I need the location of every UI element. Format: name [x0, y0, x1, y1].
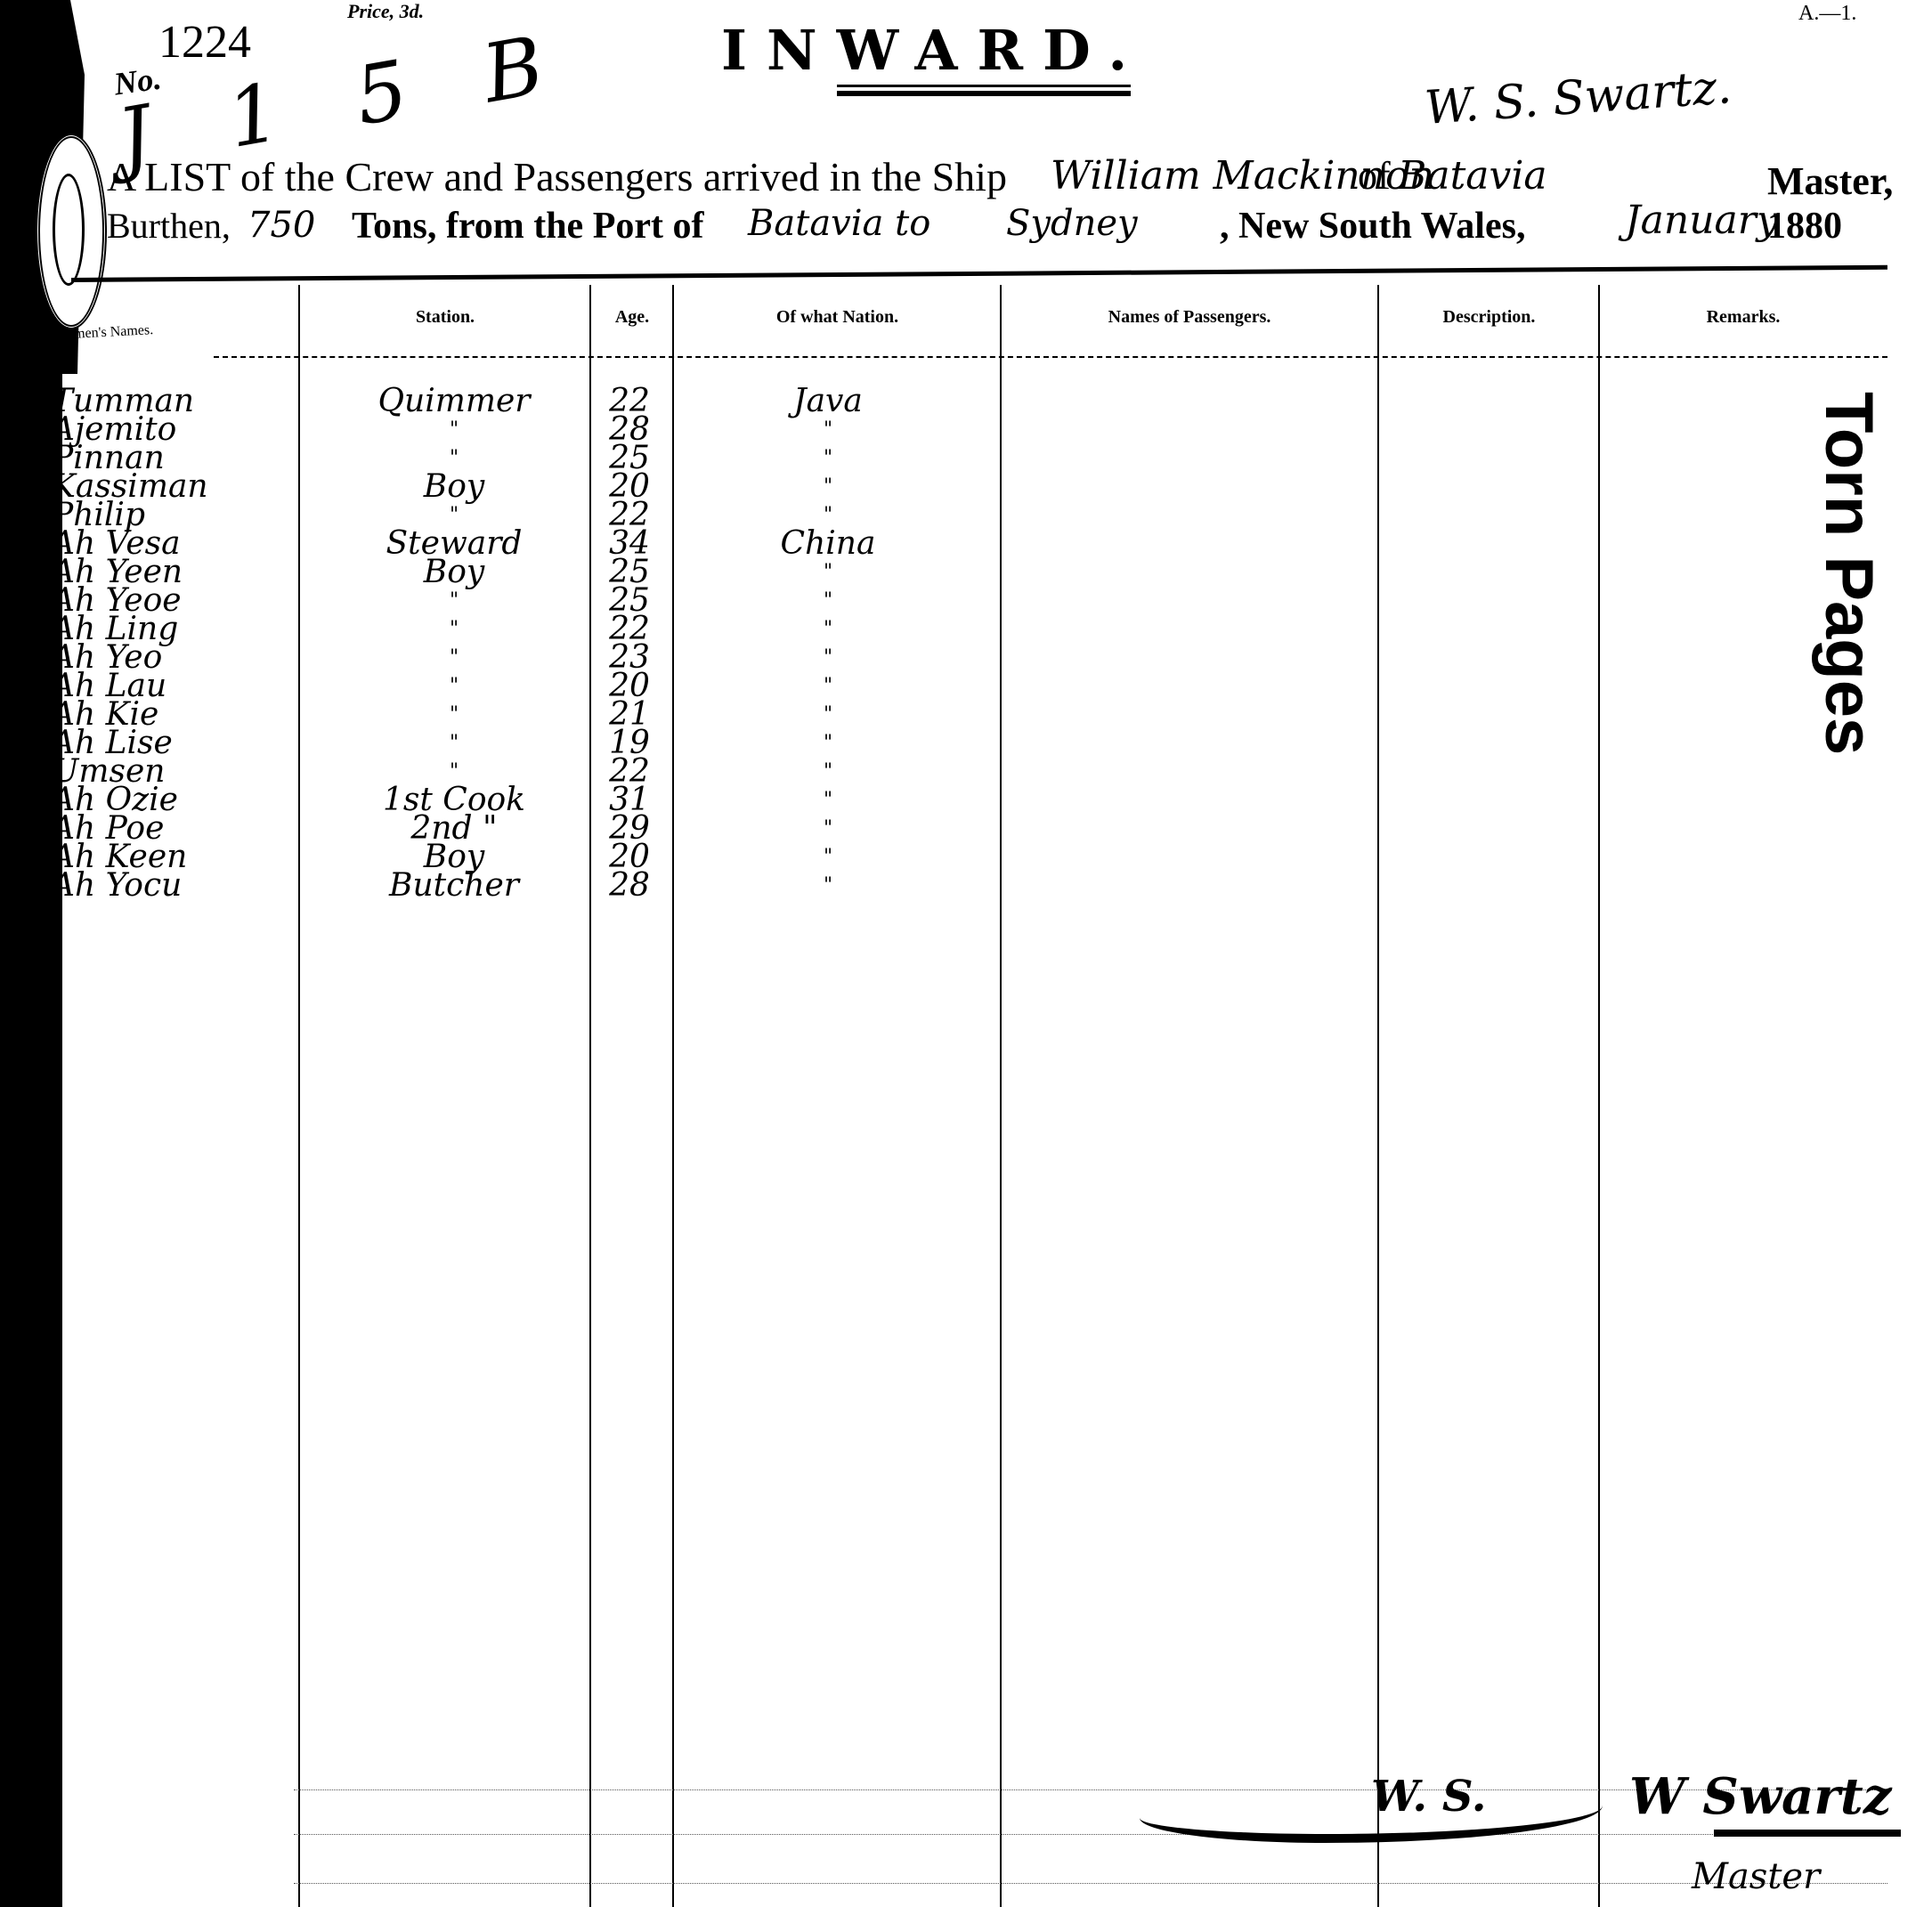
seaman-station: ": [338, 760, 570, 783]
column-divider: [1377, 285, 1379, 1907]
to-port: Sydney: [1006, 203, 1138, 244]
column-header-passengers: Names of Passengers.: [1003, 307, 1376, 328]
signature-initials: W. S.: [1371, 1772, 1487, 1822]
seaman-nation: ": [694, 561, 962, 583]
column-divider: [1000, 285, 1002, 1907]
column-divider: [298, 285, 300, 1907]
signature-name: W Swartz: [1629, 1767, 1892, 1826]
seaman-nation: Java: [694, 383, 962, 419]
seaman-station: Butcher: [338, 867, 570, 904]
torn-pages-annotation: Torn Pages: [1810, 392, 1887, 755]
list-heading-line: A LIST of the Crew and Passengers arrive…: [107, 153, 1007, 200]
seaman-station: ": [338, 703, 570, 726]
seaman-nation: ": [694, 732, 962, 754]
column-divider: [672, 285, 674, 1907]
seaman-nation: ": [694, 475, 962, 498]
column-header-remarks: Remarks.: [1601, 307, 1886, 328]
tons-value: 750: [248, 205, 315, 246]
seaman-station: ": [338, 732, 570, 754]
form-number: 1224: [158, 16, 251, 69]
column-header-station: Station.: [303, 307, 588, 328]
header-bottom-rule: [214, 356, 1887, 360]
seaman-nation: ": [694, 646, 962, 669]
seaman-name: Ah Yocu: [52, 867, 182, 904]
seaman-age: 28: [598, 867, 661, 904]
seaman-station: ": [338, 418, 570, 441]
seaman-nation: China: [694, 525, 962, 562]
ruled-line: [294, 1834, 1887, 1835]
seaman-nation: ": [694, 618, 962, 640]
seaman-station: Quimmer: [338, 383, 570, 419]
column-divider: [1598, 285, 1600, 1907]
burthen-label: Burthen,: [107, 205, 231, 247]
ship-home-port: Batavia: [1398, 153, 1547, 199]
master-name-handwritten: W. S. Swartz.: [1423, 61, 1733, 135]
price-label: Price, 3d.: [347, 0, 424, 23]
official-seal: [36, 134, 107, 329]
seaman-station: Boy: [338, 468, 570, 505]
seaman-nation: ": [694, 817, 962, 840]
arrival-year: 1880: [1767, 205, 1842, 248]
form-code: A.—1.: [1798, 2, 1856, 26]
master-label: Master,: [1767, 158, 1893, 204]
seaman-station: ": [338, 618, 570, 640]
seaman-station: ": [338, 646, 570, 669]
seaman-station: Boy: [338, 554, 570, 590]
seaman-nation: ": [694, 504, 962, 526]
column-divider: [589, 285, 591, 1907]
list-heading-text: A LIST of the Crew and Passengers arrive…: [107, 154, 1007, 199]
seaman-station: ": [338, 589, 570, 612]
signature-role: Master: [1692, 1856, 1820, 1897]
seaman-station: ": [338, 504, 570, 526]
seaman-nation: ": [694, 447, 962, 469]
seaman-nation: ": [694, 874, 962, 897]
seaman-station: ": [338, 675, 570, 697]
seaman-nation: ": [694, 846, 962, 868]
colony-label: , New South Wales,: [1220, 205, 1525, 248]
seaman-nation: ": [694, 703, 962, 726]
seaman-nation: ": [694, 675, 962, 697]
column-header-description: Description.: [1380, 307, 1598, 328]
seaman-nation: ": [694, 789, 962, 811]
title-rule-thick: [837, 91, 1131, 96]
header-divider: [71, 265, 1887, 282]
seaman-nation: ": [694, 418, 962, 441]
arrival-month: January: [1625, 198, 1779, 243]
column-header-age: Age.: [592, 307, 672, 328]
seal-emblem-icon: [53, 174, 85, 286]
column-header-nation: Of what Nation.: [675, 307, 1000, 328]
seaman-station: ": [338, 447, 570, 469]
title-rule: [837, 85, 1131, 87]
tons-label: Tons, from the Port of: [352, 205, 703, 248]
seaman-nation: ": [694, 589, 962, 612]
signature-underline: [1714, 1830, 1901, 1837]
of-label: of: [1358, 153, 1391, 199]
ruled-line: [294, 1883, 1887, 1884]
from-port: Batavia to: [748, 203, 930, 244]
seaman-nation: ": [694, 760, 962, 783]
page-title: INWARD.: [721, 18, 1147, 83]
